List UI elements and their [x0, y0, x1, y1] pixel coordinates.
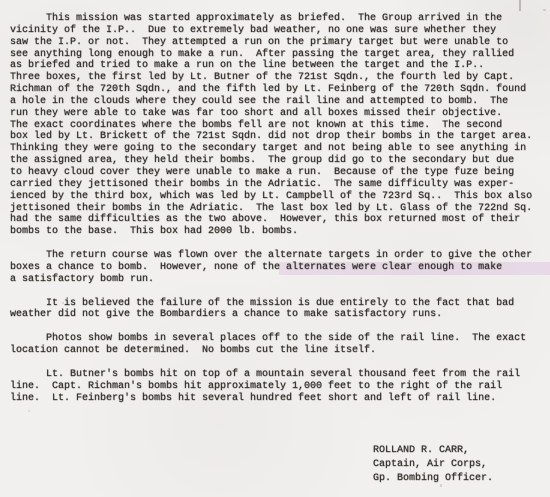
- text-line: saw the I.P. or not. They attempted a ru…: [10, 37, 546, 49]
- text-line: the assigned area, they held their bombs…: [10, 155, 546, 167]
- signature-name: ROLLAND R. CARR,: [373, 444, 493, 458]
- paragraph: Lt. Butner's bombs hit on top of a mount…: [10, 369, 546, 405]
- text-line: It is believed the failure of the missio…: [10, 298, 546, 310]
- text-line: Thinking they were going to the secondar…: [10, 143, 546, 155]
- text-line: weather did not give the Bombardiers a c…: [10, 309, 546, 321]
- text-line: a satisfactory bomb run.: [10, 274, 546, 286]
- text-line: vicinity of the I.P.. Due to extremely b…: [10, 25, 546, 37]
- text-line: The exact coordinates where the bombs fe…: [10, 120, 546, 132]
- paragraph: The return course was flown over the alt…: [10, 250, 546, 286]
- text-line: as briefed and tried to make a run on th…: [10, 60, 546, 72]
- text-line: jettisoned their bombs in the Adriatic. …: [10, 203, 546, 215]
- signature-title: Gp. Bombing Officer.: [373, 472, 493, 486]
- text-line: This mission was started approximately a…: [10, 13, 546, 25]
- text-line: box led by Lt. Brickett of the 721st Sqd…: [10, 131, 546, 143]
- scanned-document-page: This mission was started approximately a…: [0, 0, 550, 497]
- text-line: Three boxes, the first led by Lt. Butner…: [10, 72, 546, 84]
- text-line: Photos show bombs in several places off …: [10, 333, 546, 345]
- text-line: Richman of the 720th Sqdn., and the fift…: [10, 84, 546, 96]
- scan-speck: [543, 9, 546, 11]
- text-line: bombs to the base. This box had 2000 lb.…: [10, 226, 546, 238]
- scan-artifact-mark: [519, 0, 521, 11]
- text-line: had the same difficulties as the two abo…: [10, 214, 546, 226]
- signature-rank: Captain, Air Corps,: [373, 458, 493, 472]
- text-line: location cannot be determined. No bombs …: [10, 345, 546, 357]
- document-body: This mission was started approximately a…: [10, 13, 546, 416]
- text-line: Lt. Butner's bombs hit on top of a mount…: [10, 369, 546, 381]
- text-line: line. Lt. Feinberg's bombs hit several h…: [10, 393, 546, 405]
- signature-block: ROLLAND R. CARR, Captain, Air Corps, Gp.…: [373, 444, 493, 486]
- paragraph: Photos show bombs in several places off …: [10, 333, 546, 357]
- paragraph: This mission was started approximately a…: [10, 13, 546, 238]
- text-line: carried they jettisoned their bombs in t…: [10, 179, 546, 191]
- text-line: ienced by the third box, which was led b…: [10, 191, 546, 203]
- text-line: a hole in the clouds where they could se…: [10, 96, 546, 108]
- text-line: run they were able to take was far too s…: [10, 108, 546, 120]
- text-line: The return course was flown over the alt…: [10, 250, 546, 262]
- text-line: line. Capt. Richman's bombs hit approxim…: [10, 381, 546, 393]
- text-line: boxes a chance to bomb. However, none of…: [10, 262, 546, 274]
- text-line: see anything long enough to make a run. …: [10, 49, 546, 61]
- paragraph: It is believed the failure of the missio…: [10, 298, 546, 322]
- text-line: to heavy cloud cover they were unable to…: [10, 167, 546, 179]
